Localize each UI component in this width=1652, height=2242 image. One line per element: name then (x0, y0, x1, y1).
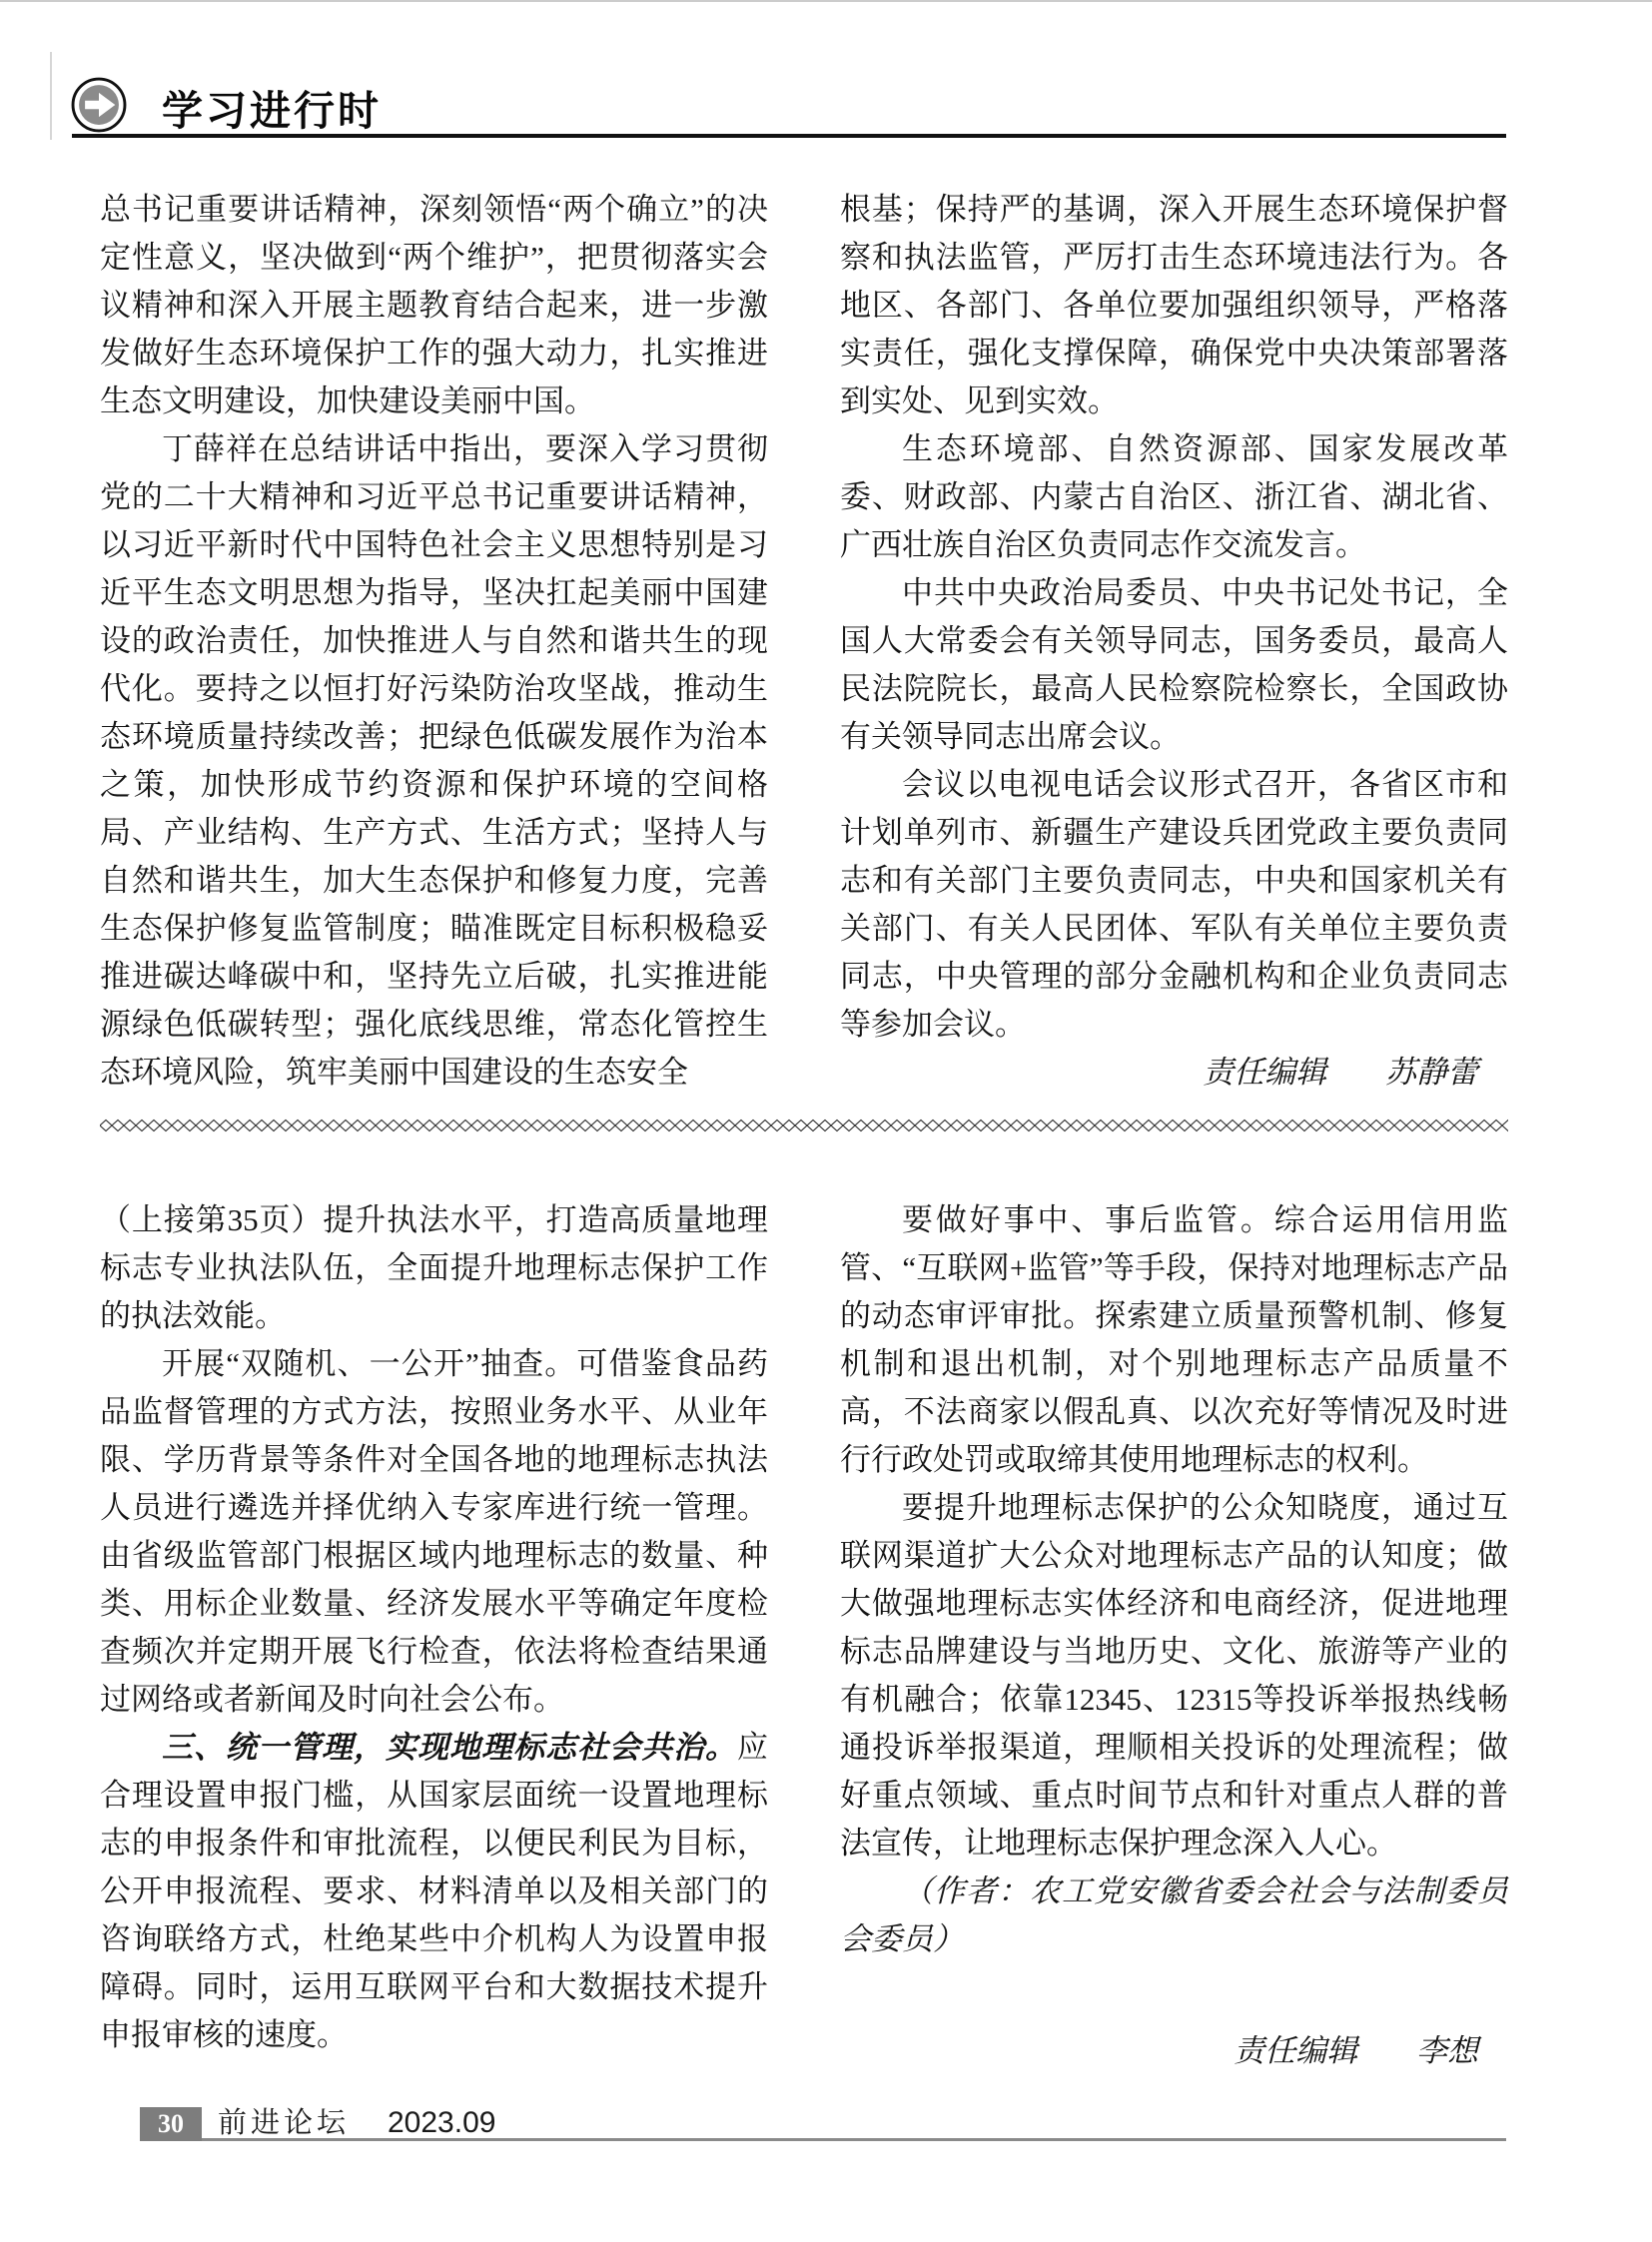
lower-left-column: （上接第35页）提升执法水平，打造高质量地理标志专业执法队伍，全面提升地理标志保… (100, 1196, 768, 2075)
paragraph: 丁薛祥在总结讲话中指出，要深入学习贯彻党的二十大精神和习近平总书记重要讲话精神，… (100, 425, 768, 1097)
upper-left-column: 总书记重要讲话精神，深刻领悟“两个确立”的决定性意义，坚决做到“两个维护”，把贯… (100, 186, 768, 1097)
author-note: （作者：农工党安徽省委会社会与法制委员会委员） (840, 1868, 1508, 1963)
section-divider (100, 1119, 1508, 1132)
editor-label: 责任编辑 (1234, 2033, 1357, 2068)
paragraph-text: 应合理设置申报门槛，从国家层面统一设置地理标志的申报条件和审批流程，以便民利民为… (100, 1730, 768, 2052)
editor-credit: 责任编辑李想 (840, 2027, 1508, 2075)
page-footer: 30 前进论坛 2023.09 (140, 2107, 1506, 2141)
magazine-page: { "header": { "title": "学习进行时" }, "upper… (0, 0, 1652, 2242)
paragraph: 中共中央政治局委员、中央书记处书记，全国人大常委会有关领导同志，国务委员，最高人… (840, 569, 1508, 761)
lower-right-column: 要做好事中、事后监管。综合运用信用监管、“互联网+监管”等手段，保持对地理标志产… (840, 1196, 1508, 2075)
paragraph: 总书记重要讲话精神，深刻领悟“两个确立”的决定性意义，坚决做到“两个维护”，把贯… (100, 186, 768, 425)
issue-number: 2023.09 (388, 2107, 495, 2139)
subheading: 三、统一管理，实现地理标志社会共治。 (162, 1730, 737, 1765)
scan-edge-top (0, 0, 1652, 2)
lower-article: （上接第35页）提升执法水平，打造高质量地理标志专业执法队伍，全面提升地理标志保… (100, 1196, 1508, 2075)
page-header: 学习进行时 (70, 72, 1506, 138)
editor-name: 苏静蕾 (1385, 1055, 1478, 1090)
continuation-paragraph: （上接第35页）提升执法水平，打造高质量地理标志专业执法队伍，全面提升地理标志保… (100, 1196, 768, 1340)
arrow-right-circle-icon (70, 76, 128, 134)
paragraph-with-heading: 三、统一管理，实现地理标志社会共治。应合理设置申报门槛，从国家层面统一设置地理标… (100, 1724, 768, 2059)
paragraph: 要提升地理标志保护的公众知晓度，通过互联网渠道扩大公众对地理标志产品的认知度；做… (840, 1484, 1508, 1868)
paragraph: 根基；保持严的基调，深入开展生态环境保护督察和执法监管，严厉打击生态环境违法行为… (840, 186, 1508, 425)
paragraph: 生态环境部、自然资源部、国家发展改革委、财政部、内蒙古自治区、浙江省、湖北省、广… (840, 425, 1508, 569)
paragraph: 要做好事中、事后监管。综合运用信用监管、“互联网+监管”等手段，保持对地理标志产… (840, 1196, 1508, 1484)
paragraph: 会议以电视电话会议形式召开，各省区市和计划单列市、新疆生产建设兵团党政主要负责同… (840, 761, 1508, 1049)
journal-name: 前进论坛 (218, 2107, 350, 2139)
paragraph: 开展“双随机、一公开”抽查。可借鉴食品药品监督管理的方式方法，按照业务水平、从业… (100, 1340, 768, 1724)
upper-right-column: 根基；保持严的基调，深入开展生态环境保护督察和执法监管，严厉打击生态环境违法行为… (840, 186, 1508, 1097)
page-number-badge: 30 (140, 2107, 202, 2141)
editor-credit: 责任编辑苏静蕾 (840, 1049, 1508, 1097)
editor-name: 李想 (1416, 2033, 1478, 2068)
editor-label: 责任编辑 (1203, 1055, 1326, 1090)
scan-edge-left (50, 52, 52, 140)
column-title: 学习进行时 (162, 78, 382, 137)
upper-article: 总书记重要讲话精神，深刻领悟“两个确立”的决定性意义，坚决做到“两个维护”，把贯… (100, 186, 1508, 1097)
